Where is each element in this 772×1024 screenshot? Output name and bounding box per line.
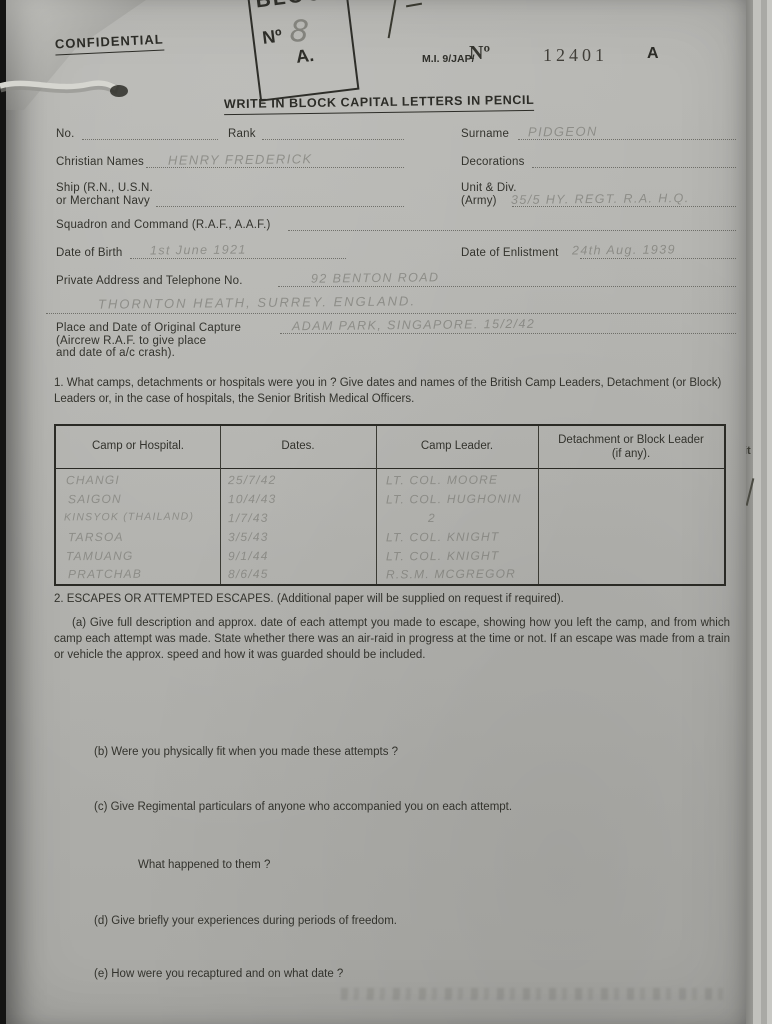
reference-prefix: M.I. 9/JAP/	[422, 53, 475, 65]
table-header-dates: Dates.	[220, 439, 376, 453]
date-of-birth-line	[130, 258, 346, 259]
table-row-leader: LT. COL. MOORE	[386, 473, 498, 488]
christian-names-handwritten-value: HENRY FREDERICK	[168, 151, 313, 168]
question-2c-text: (c) Give Regimental particulars of anyon…	[94, 800, 512, 816]
address-handwritten-line1: 92 BENTON ROAD	[311, 270, 440, 285]
capture-handwritten-value: ADAM PARK, SINGAPORE. 15/2/42	[292, 317, 535, 334]
address-handwritten-line2: THORNTON HEATH, SURREY. ENGLAND.	[98, 293, 416, 311]
stamp-no-handwritten-value: 8	[289, 14, 309, 50]
block-capitals-instruction: WRITE IN BLOCK CAPITAL LETTERS IN PENCIL	[224, 93, 535, 115]
partial-stamp-fragment	[388, 0, 439, 45]
surname-field-label: Surname	[461, 128, 509, 140]
christian-names-label: Christian Names	[56, 156, 144, 168]
table-row-date: 1/7/43	[228, 511, 269, 525]
private-address-line1	[278, 286, 736, 287]
decorations-label: Decorations	[461, 156, 525, 168]
question-2-heading: 2. ESCAPES OR ATTEMPTED ESCAPES. (Additi…	[54, 592, 730, 608]
question-2d-text: (d) Give briefly your experiences during…	[94, 914, 397, 930]
reference-number-stamp: 12401	[543, 45, 608, 66]
classification-label: CONFIDENTIAL	[55, 32, 165, 56]
unit-div-handwritten-value: 35/5 HY. REGT. R.A. H.Q.	[511, 191, 690, 207]
question-2b-text: (b) Were you physically fit when you mad…	[94, 745, 398, 761]
table-row-camp: CHANGI	[66, 473, 120, 487]
ship-label-line2: or Merchant Navy	[56, 195, 150, 207]
capture-label-line2: (Aircrew R.A.F. to give place	[56, 335, 206, 347]
camps-table: Camp or Hospital. Dates. Camp Leader. De…	[54, 424, 726, 586]
rank-field-line	[262, 139, 404, 140]
squadron-command-label: Squadron and Command (R.A.F., A.A.F.)	[56, 219, 271, 231]
private-address-line2	[46, 313, 736, 314]
table-row-date: 9/1/44	[228, 549, 269, 563]
no-field-line	[82, 139, 218, 140]
table-row-camp: SAIGON	[68, 492, 122, 506]
block-number-stamp: BLOCK Nº8 A.	[247, 0, 360, 102]
date-of-enlistment-label: Date of Enlistment	[461, 247, 559, 259]
question-2c-followup-text: What happened to them ?	[138, 858, 270, 874]
rank-field-label: Rank	[228, 128, 256, 140]
table-row-leader: LT. COL. KNIGHT	[386, 549, 499, 564]
date-of-birth-label: Date of Birth	[56, 247, 123, 259]
squadron-command-line	[288, 230, 736, 231]
table-row-leader: 2	[428, 511, 436, 525]
table-row-date: 3/5/43	[228, 530, 269, 544]
unit-div-label-line2: (Army)	[461, 195, 497, 207]
surname-handwritten-value: PIDGEON	[528, 124, 598, 140]
page-stack-edge	[767, 0, 772, 1024]
table-row-leader: LT. COL. KNIGHT	[386, 530, 499, 545]
table-row-camp: TAMUANG	[66, 549, 134, 563]
question-2e-text: (e) How were you recaptured and on what …	[94, 967, 343, 983]
capture-field-line	[280, 333, 736, 334]
capture-label-line1: Place and Date of Original Capture	[56, 322, 241, 334]
unit-div-label-line1: Unit & Div.	[461, 182, 517, 194]
scanned-document-view: it CONFIDENTIAL BLOCK Nº8 A. M.I. 9/JAP/…	[0, 0, 772, 1024]
reference-series-letter: A	[647, 45, 659, 63]
decorations-line	[532, 167, 736, 168]
table-row-camp: KINSYOK (THAILAND)	[64, 511, 194, 524]
table-row-leader: LT. COL. HUGHONIN	[386, 492, 522, 507]
faint-pencil-marks	[341, 988, 731, 1000]
table-header-camp: Camp or Hospital.	[56, 439, 220, 453]
table-row-leader: R.S.M. MCGREGOR	[386, 567, 516, 582]
question-1-text: 1. What camps, detachments or hospitals …	[54, 376, 730, 408]
date-of-birth-handwritten-value: 1st June 1921	[150, 242, 247, 257]
question-2a-text: (a) Give full description and approx. da…	[54, 616, 730, 664]
table-row-camp: PRATCHAB	[68, 567, 142, 582]
surname-field-line	[518, 139, 736, 140]
scanned-form-page: CONFIDENTIAL BLOCK Nº8 A. M.I. 9/JAP/ Nº…	[6, 0, 746, 1024]
table-row-date: 8/6/45	[228, 567, 269, 581]
date-of-enlistment-handwritten-value: 24th Aug. 1939	[572, 242, 676, 257]
ship-label-line1: Ship (R.N., U.S.N.	[56, 182, 153, 194]
date-of-enlistment-line	[580, 258, 736, 259]
table-row-camp: TARSOA	[68, 530, 124, 544]
torn-corner	[6, 0, 156, 110]
table-header-detachment: Detachment or Block Leader (if any).	[538, 433, 724, 462]
table-header-leader: Camp Leader.	[376, 439, 538, 453]
ship-field-line	[156, 206, 404, 207]
table-row-date: 25/7/42	[228, 473, 277, 487]
capture-label-line3: and date of a/c crash).	[56, 347, 175, 359]
no-field-label: No.	[56, 128, 75, 140]
reference-no-label: Nº	[469, 42, 490, 65]
private-address-label: Private Address and Telephone No.	[56, 275, 243, 287]
table-header-divider	[56, 468, 724, 469]
table-row-date: 10/4/43	[228, 492, 277, 506]
stamp-no-label: Nº	[261, 26, 283, 48]
